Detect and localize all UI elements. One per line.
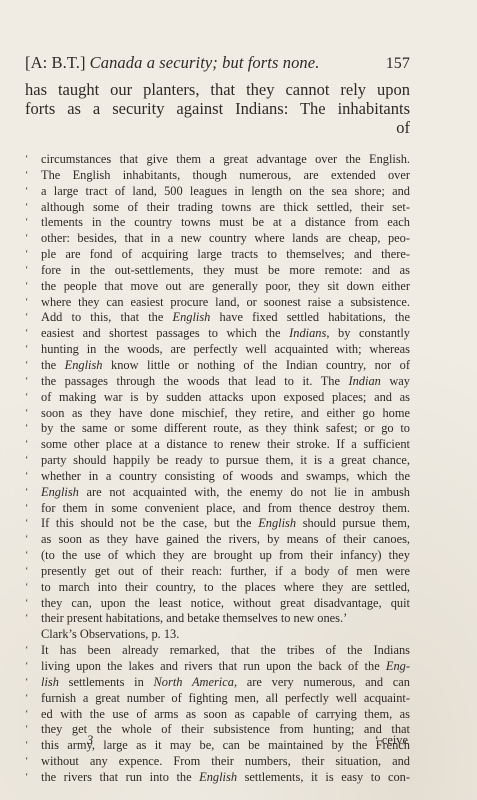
italic-term: lish <box>41 675 59 689</box>
quote-line: ‘of making war is by sudden attacks upon… <box>25 390 410 406</box>
quote-line: ‘furnish a great number of fighting men,… <box>25 691 410 707</box>
line-text: circumstances that give them a great adv… <box>41 152 410 168</box>
quote-mark: ‘ <box>25 168 41 184</box>
italic-term: Eng- <box>386 659 410 673</box>
quote-line: ‘Add to this, that the English have fixe… <box>25 310 410 326</box>
quote-line: ‘to march into their country, to the pla… <box>25 580 410 596</box>
line-text: they can, upon the least notice, without… <box>41 596 410 612</box>
line-text: by the same or some different route, as … <box>41 421 410 437</box>
quote-mark: ‘ <box>25 437 41 453</box>
quote-mark: ‘ <box>25 691 41 707</box>
quote-mark <box>25 627 41 643</box>
quote-mark: ‘ <box>25 215 41 231</box>
running-head-title: Canada a security; but forts none. <box>90 53 386 73</box>
catchword: ‘ ceive <box>375 733 408 748</box>
quote-mark: ‘ <box>25 516 41 532</box>
citation-line: Clark’s Observations, p. 13. <box>25 627 410 643</box>
line-text: other: besides, that in a new country wh… <box>41 231 410 247</box>
quote-mark: ‘ <box>25 659 41 675</box>
line-text: to march into their country, to the plac… <box>41 580 410 596</box>
line-text: Clark’s Observations, p. 13. <box>41 627 410 643</box>
quote-line: ‘fore in the out-settlements, they must … <box>25 263 410 279</box>
italic-term: English <box>199 770 237 784</box>
line-text: easiest and shortest passages to which t… <box>41 326 410 342</box>
quote-line: ‘tlements in the country towns must be a… <box>25 215 410 231</box>
quote-line: ‘If this should not be the case, but the… <box>25 516 410 532</box>
quote-line: ‘ple are fond of acquiring large tracts … <box>25 247 410 263</box>
quote-line: ‘some other place at a distance to renew… <box>25 437 410 453</box>
line-text: the rivers that run into the English set… <box>41 770 410 786</box>
line-text: hunting in the woods, are perfectly well… <box>41 342 410 358</box>
line-text: the passages through the woods that lead… <box>41 374 410 390</box>
lead-line: forts as a security against Indians: The… <box>25 99 410 118</box>
quote-line: ‘ed with the use of arms as soon as capa… <box>25 707 410 723</box>
quote-mark: ‘ <box>25 643 41 659</box>
quote-mark: ‘ <box>25 374 41 390</box>
quote-mark: ‘ <box>25 390 41 406</box>
book-page: [A: B.T.] Canada a security; but forts n… <box>0 0 477 800</box>
signature-mark: 3 <box>87 733 93 748</box>
quote-mark: ‘ <box>25 754 41 770</box>
quote-line: ‘without any expence. From their numbers… <box>25 754 410 770</box>
quote-mark: ‘ <box>25 548 41 564</box>
quote-line: ‘circumstances that give them a great ad… <box>25 152 410 168</box>
quote-line: ‘where they can easiest procure land, or… <box>25 295 410 311</box>
quote-mark: ‘ <box>25 152 41 168</box>
quote-mark: ‘ <box>25 200 41 216</box>
line-text: as soon as they have gained the rivers, … <box>41 532 410 548</box>
quote-mark: ‘ <box>25 310 41 326</box>
page-number: 157 <box>386 55 410 73</box>
quote-line: ‘party should happily be ready to pursue… <box>25 453 410 469</box>
quote-mark: ‘ <box>25 263 41 279</box>
quote-line: ‘lish settlements in North America, are … <box>25 675 410 691</box>
line-text: furnish a great number of fighting men, … <box>41 691 410 707</box>
line-text: ple are fond of acquiring large tracts t… <box>41 247 410 263</box>
quote-line: ‘for them in some convenient place, and … <box>25 501 410 517</box>
quote-line: ‘hunting in the woods, are perfectly wel… <box>25 342 410 358</box>
line-text: some other place at a distance to renew … <box>41 437 410 453</box>
quote-line: ‘the people that move out are generally … <box>25 279 410 295</box>
quote-mark: ‘ <box>25 421 41 437</box>
quote-mark: ‘ <box>25 326 41 342</box>
quote-mark: ‘ <box>25 611 41 627</box>
quote-line: ‘presently get out of their reach: furth… <box>25 564 410 580</box>
italic-term: English <box>173 310 211 324</box>
italic-term: Indian <box>348 374 380 388</box>
italic-term: North America <box>154 675 234 689</box>
line-text: party should happily be ready to pursue … <box>41 453 410 469</box>
quote-line: ‘living upon the lakes and rivers that r… <box>25 659 410 675</box>
quote-line: ‘soon as they have done mischief, they r… <box>25 406 410 422</box>
quote-mark: ‘ <box>25 469 41 485</box>
italic-term: English <box>258 516 296 530</box>
lead-paragraph: has taught our planters, that they canno… <box>25 80 410 137</box>
line-text: although some of their trading towns are… <box>41 200 410 216</box>
line-text: a large tract of land, 500 leagues in le… <box>41 184 410 200</box>
quote-line: ‘(to the use of which they are brought u… <box>25 548 410 564</box>
quote-line: ‘they can, upon the least notice, withou… <box>25 596 410 612</box>
quote-mark: ‘ <box>25 247 41 263</box>
quote-mark: ‘ <box>25 279 41 295</box>
quote-line: ‘whether in a country consisting of wood… <box>25 469 410 485</box>
quote-mark: ‘ <box>25 406 41 422</box>
quote-mark: ‘ <box>25 532 41 548</box>
quote-mark: ‘ <box>25 770 41 786</box>
quoted-passage: ‘circumstances that give them a great ad… <box>25 152 410 786</box>
line-text: It has been already remarked, that the t… <box>41 643 410 659</box>
line-text: Add to this, that the English have fixed… <box>41 310 410 326</box>
quote-line: ‘It has been already remarked, that the … <box>25 643 410 659</box>
quote-mark: ‘ <box>25 342 41 358</box>
running-head: [A: B.T.] Canada a security; but forts n… <box>25 53 410 73</box>
quote-line: ‘as soon as they have gained the rivers,… <box>25 532 410 548</box>
line-text: tlements in the country towns must be at… <box>41 215 410 231</box>
line-text: living upon the lakes and rivers that ru… <box>41 659 410 675</box>
line-text: ed with the use of arms as soon as capab… <box>41 707 410 723</box>
quote-line: ‘the English know little or nothing of t… <box>25 358 410 374</box>
quote-line: ‘easiest and shortest passages to which … <box>25 326 410 342</box>
quote-line: ‘the rivers that run into the English se… <box>25 770 410 786</box>
line-text: without any expence. From their numbers,… <box>41 754 410 770</box>
italic-term: English <box>65 358 103 372</box>
quote-mark: ‘ <box>25 453 41 469</box>
line-text: fore in the out-settlements, they must b… <box>41 263 410 279</box>
quote-line: ‘their present habitations, and betake t… <box>25 611 410 627</box>
quote-mark: ‘ <box>25 580 41 596</box>
running-head-signature: [A: B.T.] <box>25 53 86 73</box>
italic-term: Indians <box>289 326 326 340</box>
quote-line: ‘The English inhabitants, though numerou… <box>25 168 410 184</box>
line-text: English are not acquainted with, the ene… <box>41 485 410 501</box>
line-text: of making war is by sudden attacks upon … <box>41 390 410 406</box>
line-text: where they can easiest procure land, or … <box>41 295 410 311</box>
quote-line: ‘a large tract of land, 500 leagues in l… <box>25 184 410 200</box>
line-text: soon as they have done mischief, they re… <box>41 406 410 422</box>
quote-mark: ‘ <box>25 707 41 723</box>
line-text: for them in some convenient place, and f… <box>41 501 410 517</box>
line-text: If this should not be the case, but the … <box>41 516 410 532</box>
line-text: The English inhabitants, though numerous… <box>41 168 410 184</box>
line-text: (to the use of which they are brought up… <box>41 548 410 564</box>
page-footer: 3 ‘ ceive <box>25 733 410 748</box>
quote-mark: ‘ <box>25 295 41 311</box>
quote-mark: ‘ <box>25 184 41 200</box>
lead-line: of <box>25 118 410 137</box>
quote-mark: ‘ <box>25 231 41 247</box>
quote-mark: ‘ <box>25 501 41 517</box>
italic-term: English <box>41 485 79 499</box>
line-text: the English know little or nothing of th… <box>41 358 410 374</box>
quote-mark: ‘ <box>25 564 41 580</box>
line-text: presently get out of their reach: furthe… <box>41 564 410 580</box>
line-text: lish settlements in North America, are v… <box>41 675 410 691</box>
quote-line: ‘although some of their trading towns ar… <box>25 200 410 216</box>
line-text: whether in a country consisting of woods… <box>41 469 410 485</box>
quote-mark: ‘ <box>25 485 41 501</box>
quote-line: ‘other: besides, that in a new country w… <box>25 231 410 247</box>
quote-line: ‘by the same or some different route, as… <box>25 421 410 437</box>
quote-mark: ‘ <box>25 675 41 691</box>
line-text: their present habitations, and betake th… <box>41 611 410 627</box>
quote-mark: ‘ <box>25 596 41 612</box>
lead-line: has taught our planters, that they canno… <box>25 80 410 99</box>
quote-line: ‘English are not acquainted with, the en… <box>25 485 410 501</box>
quote-mark: ‘ <box>25 358 41 374</box>
quote-line: ‘the passages through the woods that lea… <box>25 374 410 390</box>
line-text: the people that move out are generally p… <box>41 279 410 295</box>
